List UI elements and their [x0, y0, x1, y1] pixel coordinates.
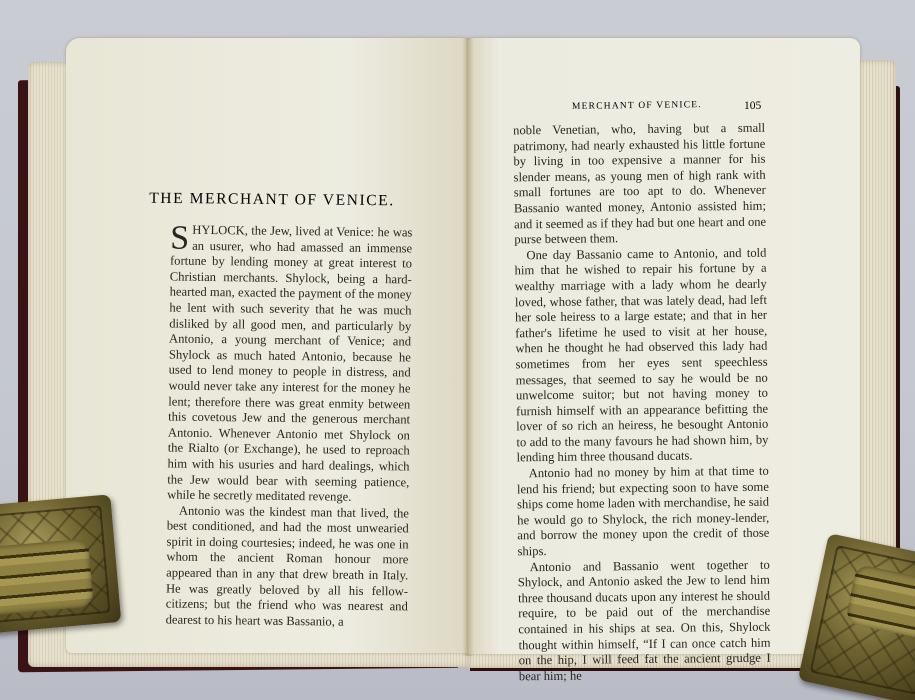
- right-page-text: noble Venetian, who, having but a small …: [513, 121, 771, 685]
- book-gutter: [462, 38, 474, 656]
- brass-hand-icon: [0, 538, 94, 615]
- chapter-title: THE MERCHANT OF VENICE.: [132, 190, 412, 211]
- paragraph: noble Venetian, who, having but a small …: [513, 121, 766, 248]
- book-photo: THE MERCHANT OF VENICE. SHYLOCK, the Jew…: [0, 0, 915, 700]
- page-number: 105: [744, 100, 761, 112]
- running-head: MERCHANT OF VENICE.: [572, 100, 702, 112]
- paragraph: Antonio and Bassanio went together to Sh…: [518, 557, 771, 684]
- paragraph: Antonio was the kindest man that lived, …: [166, 503, 410, 631]
- paragraph: SHYLOCK, the Jew, lived at Venice: he wa…: [167, 223, 412, 507]
- drop-cap: S: [170, 225, 189, 253]
- paragraph: One day Bassanio came to Antonio, and to…: [514, 245, 768, 466]
- brass-hand-weight-left: [0, 494, 121, 633]
- paragraph: Antonio had no money by him at that time…: [517, 464, 770, 560]
- left-page-text: SHYLOCK, the Jew, lived at Venice: he wa…: [166, 223, 413, 631]
